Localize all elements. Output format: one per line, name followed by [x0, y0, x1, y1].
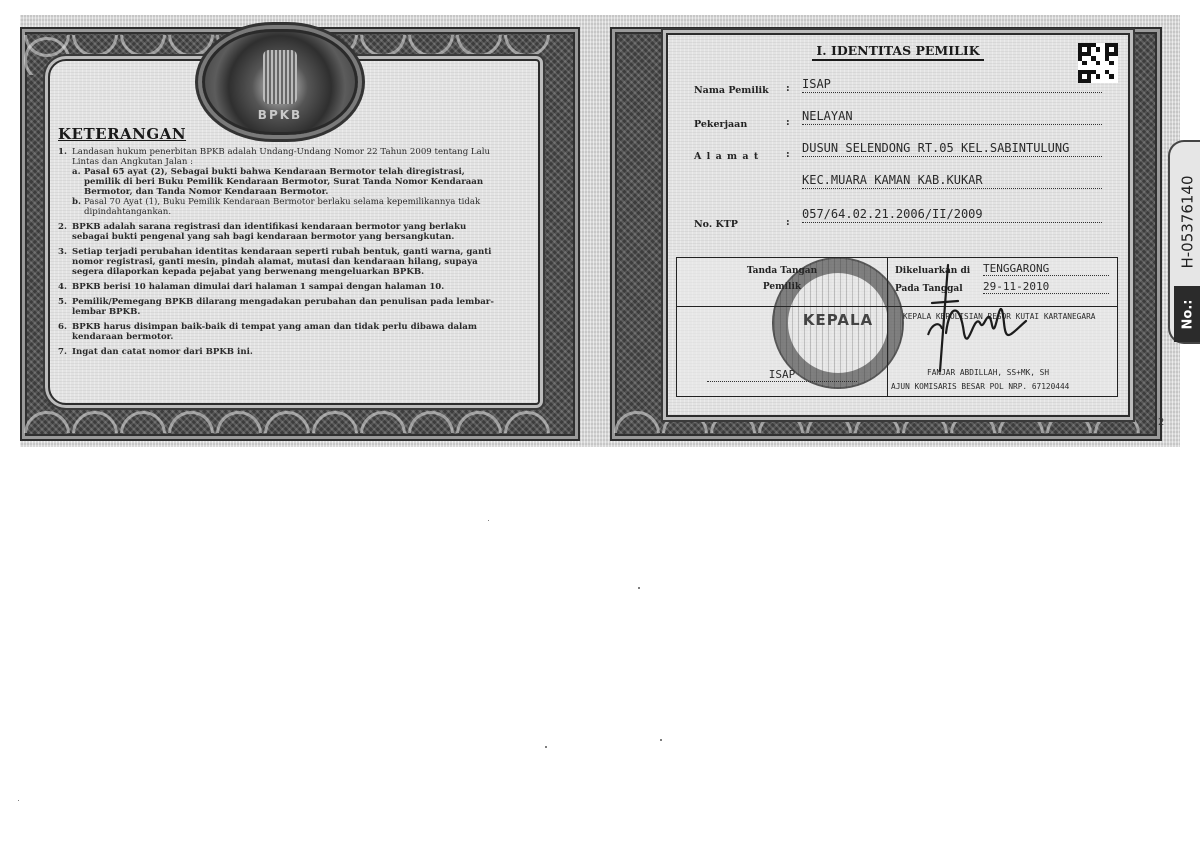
scan-speck — [638, 587, 640, 589]
field-label: No. KTP — [694, 219, 738, 230]
emblem-pillar-icon — [263, 50, 297, 104]
official-rank: AJUN KOMISARIS BESAR POL NRP. 67120444 — [891, 382, 1115, 391]
owner-name-value: ISAP — [802, 77, 1102, 93]
scan-speck — [545, 746, 547, 748]
field-label: A l a m a t — [694, 151, 759, 162]
sub-item-letter: a. — [72, 167, 81, 177]
item-number: 1. — [58, 147, 67, 157]
item-number: 4. — [58, 282, 67, 292]
list-item: 4. BPKB berisi 10 halaman dimulai dari h… — [58, 282, 498, 292]
emblem-text: BPKB — [205, 108, 355, 122]
item-text: Ingat dan catat nomor dari BPKB ini. — [72, 347, 253, 357]
field-colon: : — [786, 217, 790, 228]
list-item: 3. Setiap terjadi perubahan identitas ke… — [58, 247, 498, 277]
keterangan-title: KETERANGAN — [58, 125, 186, 143]
page-number: 2 — [1158, 417, 1164, 428]
signature-icon — [888, 263, 1028, 373]
item-number: 6. — [58, 322, 67, 332]
address-line-1-value: DUSUN SELENDONG RT.05 KEL.SABINTULUNG — [802, 141, 1102, 157]
stamp-text: KEPALA — [774, 311, 902, 329]
item-text: Setiap terjadi perubahan identitas kenda… — [72, 247, 491, 277]
field-colon: : — [786, 83, 790, 94]
item-text: Landasan hukum penerbitan BPKB adalah Un… — [72, 147, 490, 167]
field-colon: : — [786, 117, 790, 128]
list-item: 2. BPKB adalah sarana registrasi dan ide… — [58, 222, 498, 242]
item-number: 2. — [58, 222, 67, 232]
list-item: 6. BPKB harus disimpan baik-baik di temp… — [58, 322, 498, 342]
left-page: BPKB KETERANGAN 1. Landasan hukum penerb… — [20, 27, 580, 441]
list-item: 5. Pemilik/Pemegang BPKB dilarang mengad… — [58, 297, 498, 317]
ktp-number-value: 057/64.02.21.2006/II/2009 — [802, 207, 1102, 223]
document-scan: BPKB KETERANGAN 1. Landasan hukum penerb… — [20, 15, 1180, 447]
item-number: 3. — [58, 247, 67, 257]
keterangan-list: 1. Landasan hukum penerbitan BPKB adalah… — [58, 147, 498, 362]
sub-item-text: Pasal 65 ayat (2), Sebagai bukti bahwa K… — [84, 167, 483, 197]
sub-list-item: a. Pasal 65 ayat (2), Sebagai bukti bahw… — [72, 167, 498, 197]
item-text: BPKB adalah sarana registrasi dan identi… — [72, 222, 466, 242]
occupation-value: NELAYAN — [802, 109, 1102, 125]
item-number: 5. — [58, 297, 67, 307]
serial-number-prefix: No.: — [1174, 286, 1200, 342]
sub-list-item: b. Pasal 70 Ayat (1), Buku Pemilik Kenda… — [72, 197, 498, 217]
bpkb-emblem-icon: BPKB — [202, 29, 358, 135]
sub-list: a. Pasal 65 ayat (2), Sebagai bukti bahw… — [72, 167, 498, 217]
section-title: I. IDENTITAS PEMILIK — [668, 43, 1128, 58]
field-label: Nama Pemilik — [694, 85, 769, 96]
scan-speck — [488, 520, 489, 521]
field-label: Pekerjaan — [694, 119, 747, 130]
item-number: 7. — [58, 347, 67, 357]
list-item: 1. Landasan hukum penerbitan BPKB adalah… — [58, 147, 498, 217]
list-item: 7. Ingat dan catat nomor dari BPKB ini. — [58, 347, 498, 357]
item-text: BPKB berisi 10 halaman dimulai dari hala… — [72, 282, 444, 292]
scan-speck — [18, 800, 19, 801]
sub-item-text: Pasal 70 Ayat (1), Buku Pemilik Kendaraa… — [84, 197, 480, 217]
police-stamp-icon: KEPALA — [772, 257, 904, 389]
sub-item-letter: b. — [72, 197, 81, 207]
field-colon: : — [786, 149, 790, 160]
item-text: Pemilik/Pemegang BPKB dilarang mengadaka… — [72, 297, 494, 317]
serial-number-tab: H-05376140 No.: — [1168, 140, 1200, 344]
item-text: BPKB harus disimpan baik-baik di tempat … — [72, 322, 477, 342]
scan-speck — [660, 739, 662, 741]
serial-number-value: H-05376140 — [1174, 162, 1200, 282]
right-page: I. IDENTITAS PEMILIK Nama Pemilik : ISAP… — [610, 27, 1162, 441]
address-line-2-value: KEC.MUARA KAMAN KAB.KUKAR — [802, 173, 1102, 189]
